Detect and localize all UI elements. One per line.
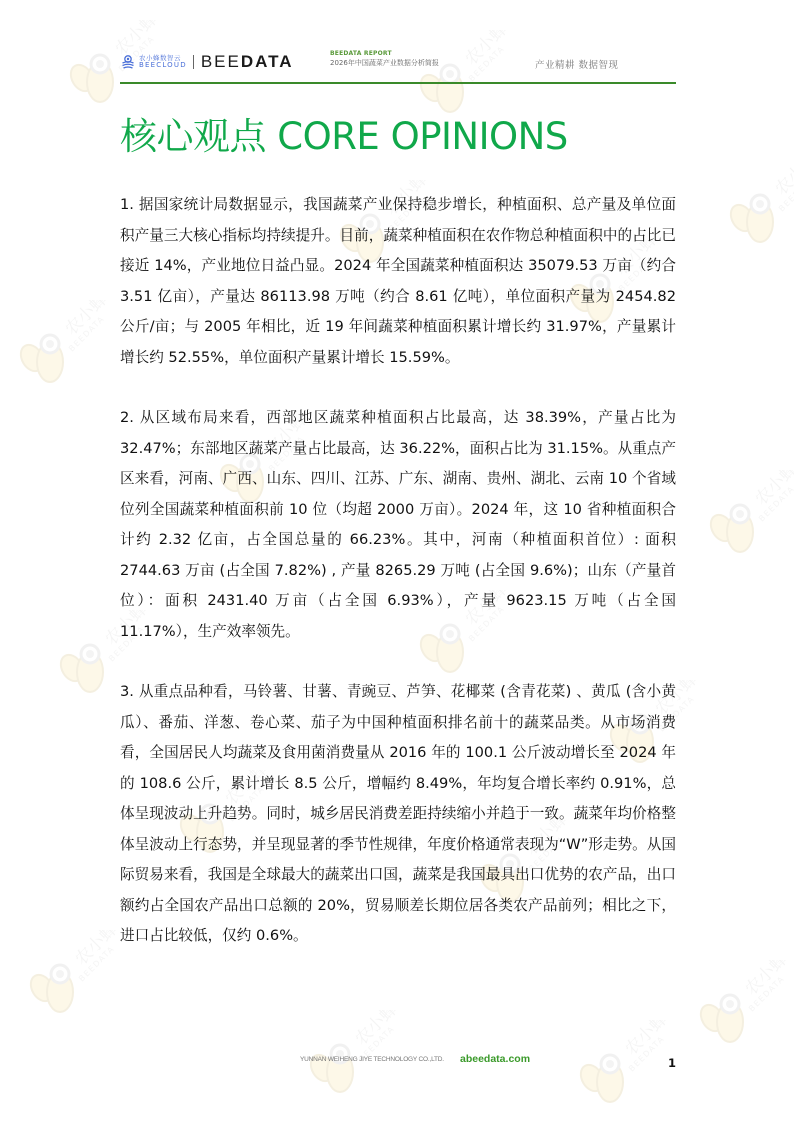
page-title: 核心观点 CORE OPINIONS [120,106,568,160]
svg-text:农小蜂: 农小蜂 [61,300,111,340]
header-divider [120,82,676,84]
bee-watermark-icon: 农小蜂BEEDATA [720,160,794,260]
svg-text:BEEDATA: BEEDATA [67,314,106,353]
page-number: 1 [668,1056,676,1070]
svg-text:农小蜂: 农小蜂 [71,930,121,970]
opinion-paragraph-2: 2. 从区域布局来看，西部地区蔬菜种植面积占比最高，达 38.39%，产量占比为… [120,403,676,647]
logo-english-text: BEECLOUD [139,62,187,69]
bee-watermark-icon: 农小蜂BEEDATA [690,960,794,1060]
page-header: 农小蜂数智云 BEECLOUD BEEDATA BEEDATA REPORT 2… [120,50,676,84]
svg-text:农小蜂: 农小蜂 [751,470,794,510]
bee-watermark-icon: 农小蜂BEEDATA [700,470,794,570]
footer-company: YUNNAN WEIHENG JIYE TECHNOLOGY CO.,LTD. [300,1056,444,1063]
report-subtitle: 2026年中国蔬菜产业数据分析简报 [330,59,439,67]
brand-bold-part: DATA [241,52,294,71]
svg-text:农小蜂: 农小蜂 [741,960,791,1000]
opinion-paragraph-3: 3. 从重点品种看，马铃薯、甘薯、青豌豆、芦笋、花椰菜 (含青花菜) 、黄瓜 (… [120,677,676,952]
bee-watermark-icon: 农小蜂BEEDATA [10,300,120,400]
svg-text:BEEDATA: BEEDATA [757,484,794,523]
footer-website-link[interactable]: abeedata.com [460,1053,530,1065]
report-title: BEEDATA REPORT [330,50,439,57]
brand-light-part: BEE [201,52,241,71]
opinion-paragraph-1: 1. 据国家统计局数据显示，我国蔬菜产业保持稳步增长，种植面积、总产量及单位面积… [120,190,676,373]
svg-text:BEEDATA: BEEDATA [777,174,794,213]
svg-text:BEEDATA: BEEDATA [77,944,116,983]
report-label: BEEDATA REPORT 2026年中国蔬菜产业数据分析简报 [330,50,439,68]
logo-divider [193,55,194,69]
brand-wordmark: BEEDATA [201,52,294,72]
svg-text:农小蜂: 农小蜂 [771,160,794,200]
beecloud-logo: 农小蜂数智云 BEECLOUD BEEDATA [120,52,294,72]
svg-text:农小蜂: 农小蜂 [351,1010,401,1050]
core-opinions-content: 1. 据国家统计局数据显示，我国蔬菜产业保持稳步增长，种植面积、总产量及单位面积… [120,190,676,982]
bee-watermark-icon: 农小蜂BEEDATA [20,930,130,1030]
beecloud-logo-icon [120,54,136,70]
header-slogan: 产业精耕 数据智现 [535,57,619,71]
page-footer: YUNNAN WEIHENG JIYE TECHNOLOGY CO.,LTD. … [300,1053,676,1073]
svg-text:BEEDATA: BEEDATA [747,974,786,1013]
